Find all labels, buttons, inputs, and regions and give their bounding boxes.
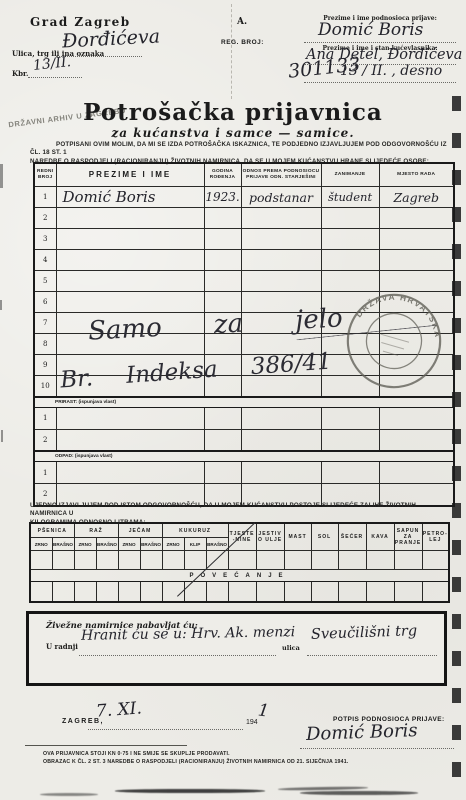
- odpad-label: ODPAD: (ispunjava vlast): [34, 451, 454, 462]
- sub-col: ZRNO: [118, 538, 140, 551]
- row-number: 2: [34, 208, 56, 229]
- prirast-row: 2: [34, 429, 454, 451]
- member-name: Domić Boris: [56, 187, 204, 208]
- sub-col: ZRNO: [74, 538, 96, 551]
- col-header-mjesto-rada: MJESTO RADA: [379, 163, 454, 187]
- street-handwritten-value: Đorđićeva: [61, 25, 160, 52]
- member-workplace: Zagreb: [379, 187, 454, 208]
- col-header-prezime-ime: PREZIME I IME: [56, 163, 204, 187]
- date-dotted-line: [88, 729, 243, 730]
- dotted-line: [28, 77, 82, 78]
- row-number: 7: [34, 313, 56, 334]
- col-header-zanimanje: ZANIMANJE: [321, 163, 379, 187]
- row-number: 10: [34, 376, 56, 397]
- member-row: 4: [34, 250, 454, 271]
- col-kava: KAVA: [366, 523, 394, 551]
- sub-col: BRAŠNO: [96, 538, 118, 551]
- group-jecam: JEČAM: [118, 523, 162, 538]
- house-number-handwritten-value: 13/II.: [32, 54, 72, 74]
- shop-label: U radnji: [46, 642, 78, 651]
- members-header-row: REDNI BROJ PREZIME I IME GODINA ROĐENJA …: [34, 163, 454, 187]
- row-number: 5: [34, 271, 56, 292]
- prirast-label: PRIRAST: (ispunjava vlast): [34, 397, 454, 408]
- house-number-label: Kbr.: [12, 69, 28, 78]
- scan-smudge: [300, 791, 418, 795]
- landlord-flat-handwritten-value: 13 / II. , desno: [340, 63, 442, 79]
- increase-label: POVEĆANJE: [30, 570, 449, 582]
- dotted-line: [304, 82, 456, 83]
- divider-line: [25, 745, 187, 746]
- group-kukuruz: KUKURUZ: [162, 523, 228, 538]
- col-header-godina: GODINA ROĐENJA: [204, 163, 241, 187]
- prirast-section-label-row: PRIRAST: (ispunjava vlast): [34, 397, 454, 408]
- applicant-name-handwritten-value: Domić Boris: [318, 20, 423, 40]
- scanned-form-page: Grad Zagreb Ulica, trg ili ina oznaka Đo…: [0, 0, 466, 800]
- prirast-row: 1: [34, 407, 454, 429]
- scan-edge-tick: [1, 430, 3, 442]
- odpad-row: 1: [34, 462, 454, 484]
- procurement-street-handwritten-value: Sveučilišni trg: [311, 623, 418, 643]
- row-number: 1: [34, 187, 56, 208]
- registration-number-label: REG. BROJ:: [221, 39, 264, 46]
- landlord-name-handwritten-value: Ana Detel, Đorđićeva: [306, 47, 462, 63]
- stock-data-row: [30, 551, 449, 570]
- row-number: 1: [34, 462, 56, 484]
- col-header-odnos: ODNOS PREMA PODNOSIOCU PRIJAVE ODN. STAR…: [241, 163, 321, 187]
- food-stock-table: PŠENICA RAŽ JEČAM KUKURUZ TJESTE-NINE JE…: [29, 522, 450, 603]
- date-handwritten-value: 7. XI.: [95, 698, 142, 721]
- fold-crease: [231, 4, 232, 99]
- col-tjestenine: TJESTE-NINE: [228, 523, 256, 551]
- row-number: 1: [34, 407, 56, 429]
- sub-col: KLIP: [184, 538, 206, 551]
- scan-smudge: [40, 793, 98, 796]
- signature-dotted-line: [300, 748, 454, 749]
- group-raz: RAŽ: [74, 523, 118, 538]
- procurement-street-label: ulica: [282, 644, 300, 652]
- member-row: 1 Domić Boris 1923. podstanar študent Za…: [34, 187, 454, 208]
- col-jestivo-ulje: JESTIVO ULJE: [256, 523, 284, 551]
- scan-smudge: [115, 789, 265, 793]
- scan-edge-tick: [0, 300, 2, 310]
- group-psenica: PŠENICA: [30, 523, 74, 538]
- row-number: 6: [34, 292, 56, 313]
- dotted-line: [307, 655, 437, 656]
- col-mast: MAST: [284, 523, 311, 551]
- declaration-line-1: POTPISANI OVIM MOLIM, DA MI SE IZDA POTR…: [30, 141, 454, 158]
- dotted-line: [304, 42, 456, 43]
- row-number: 2: [34, 429, 56, 451]
- col-secer: ŠEĆER: [338, 523, 366, 551]
- section-letter: A.: [237, 17, 247, 27]
- row-number: 9: [34, 355, 56, 376]
- scan-edge-tick: [0, 164, 3, 188]
- row-number: 8: [34, 334, 56, 355]
- member-occupation: študent: [321, 187, 379, 208]
- scan-edge-artifact: [452, 96, 461, 794]
- increase-strip-row: POVEĆANJE: [30, 570, 449, 582]
- member-row: 2: [34, 208, 454, 229]
- stock-data-row: [30, 582, 449, 603]
- member-relation: podstanar: [241, 187, 321, 208]
- sub-col: ZRNO: [162, 538, 184, 551]
- signature-handwritten: Domić Boris: [306, 720, 418, 745]
- odpad-section-label-row: ODPAD: (ispunjava vlast): [34, 451, 454, 462]
- member-row: 3: [34, 229, 454, 250]
- sub-col: BRAŠNO: [52, 538, 74, 551]
- shop-handwritten-value: Hranit ću se u: Hrv. Ak. menzi: [81, 624, 295, 644]
- col-petrolej: PETRO-LEJ: [422, 523, 449, 551]
- row-number: 3: [34, 229, 56, 250]
- price-note: OVA PRIJAVNICA STOJI KN 0·75 I NE SMIJE …: [43, 751, 230, 757]
- col-sapun: SAPUN ZA PRANJE: [394, 523, 422, 551]
- dotted-line: [79, 655, 276, 656]
- form-title: Potrošačka prijavnica: [0, 99, 466, 126]
- col-sol: SOL: [311, 523, 338, 551]
- form-reference-note: OBRAZAC K ČL. 2 ST. 3 NAREDBE O RASPODJE…: [43, 759, 348, 765]
- sub-col: ZRNO: [30, 538, 52, 551]
- stock-declaration-line-1: UJEDNO IZJAVLJUJEM POD ISTOM ODGOVORNOŠĆ…: [30, 502, 454, 519]
- col-header-redni-broj: REDNI BROJ: [34, 163, 56, 187]
- year-handwritten-digit: 1: [257, 700, 271, 721]
- form-subtitle: za kućanstva i samce — samice.: [0, 126, 466, 140]
- procurement-box: Živežne namirnice nabavljat ću: U radnji…: [26, 611, 447, 686]
- sub-col: BRAŠNO: [206, 538, 228, 551]
- row-number: 4: [34, 250, 56, 271]
- sub-col: BRAŠNO: [140, 538, 162, 551]
- member-birth-year: 1923.: [204, 187, 241, 208]
